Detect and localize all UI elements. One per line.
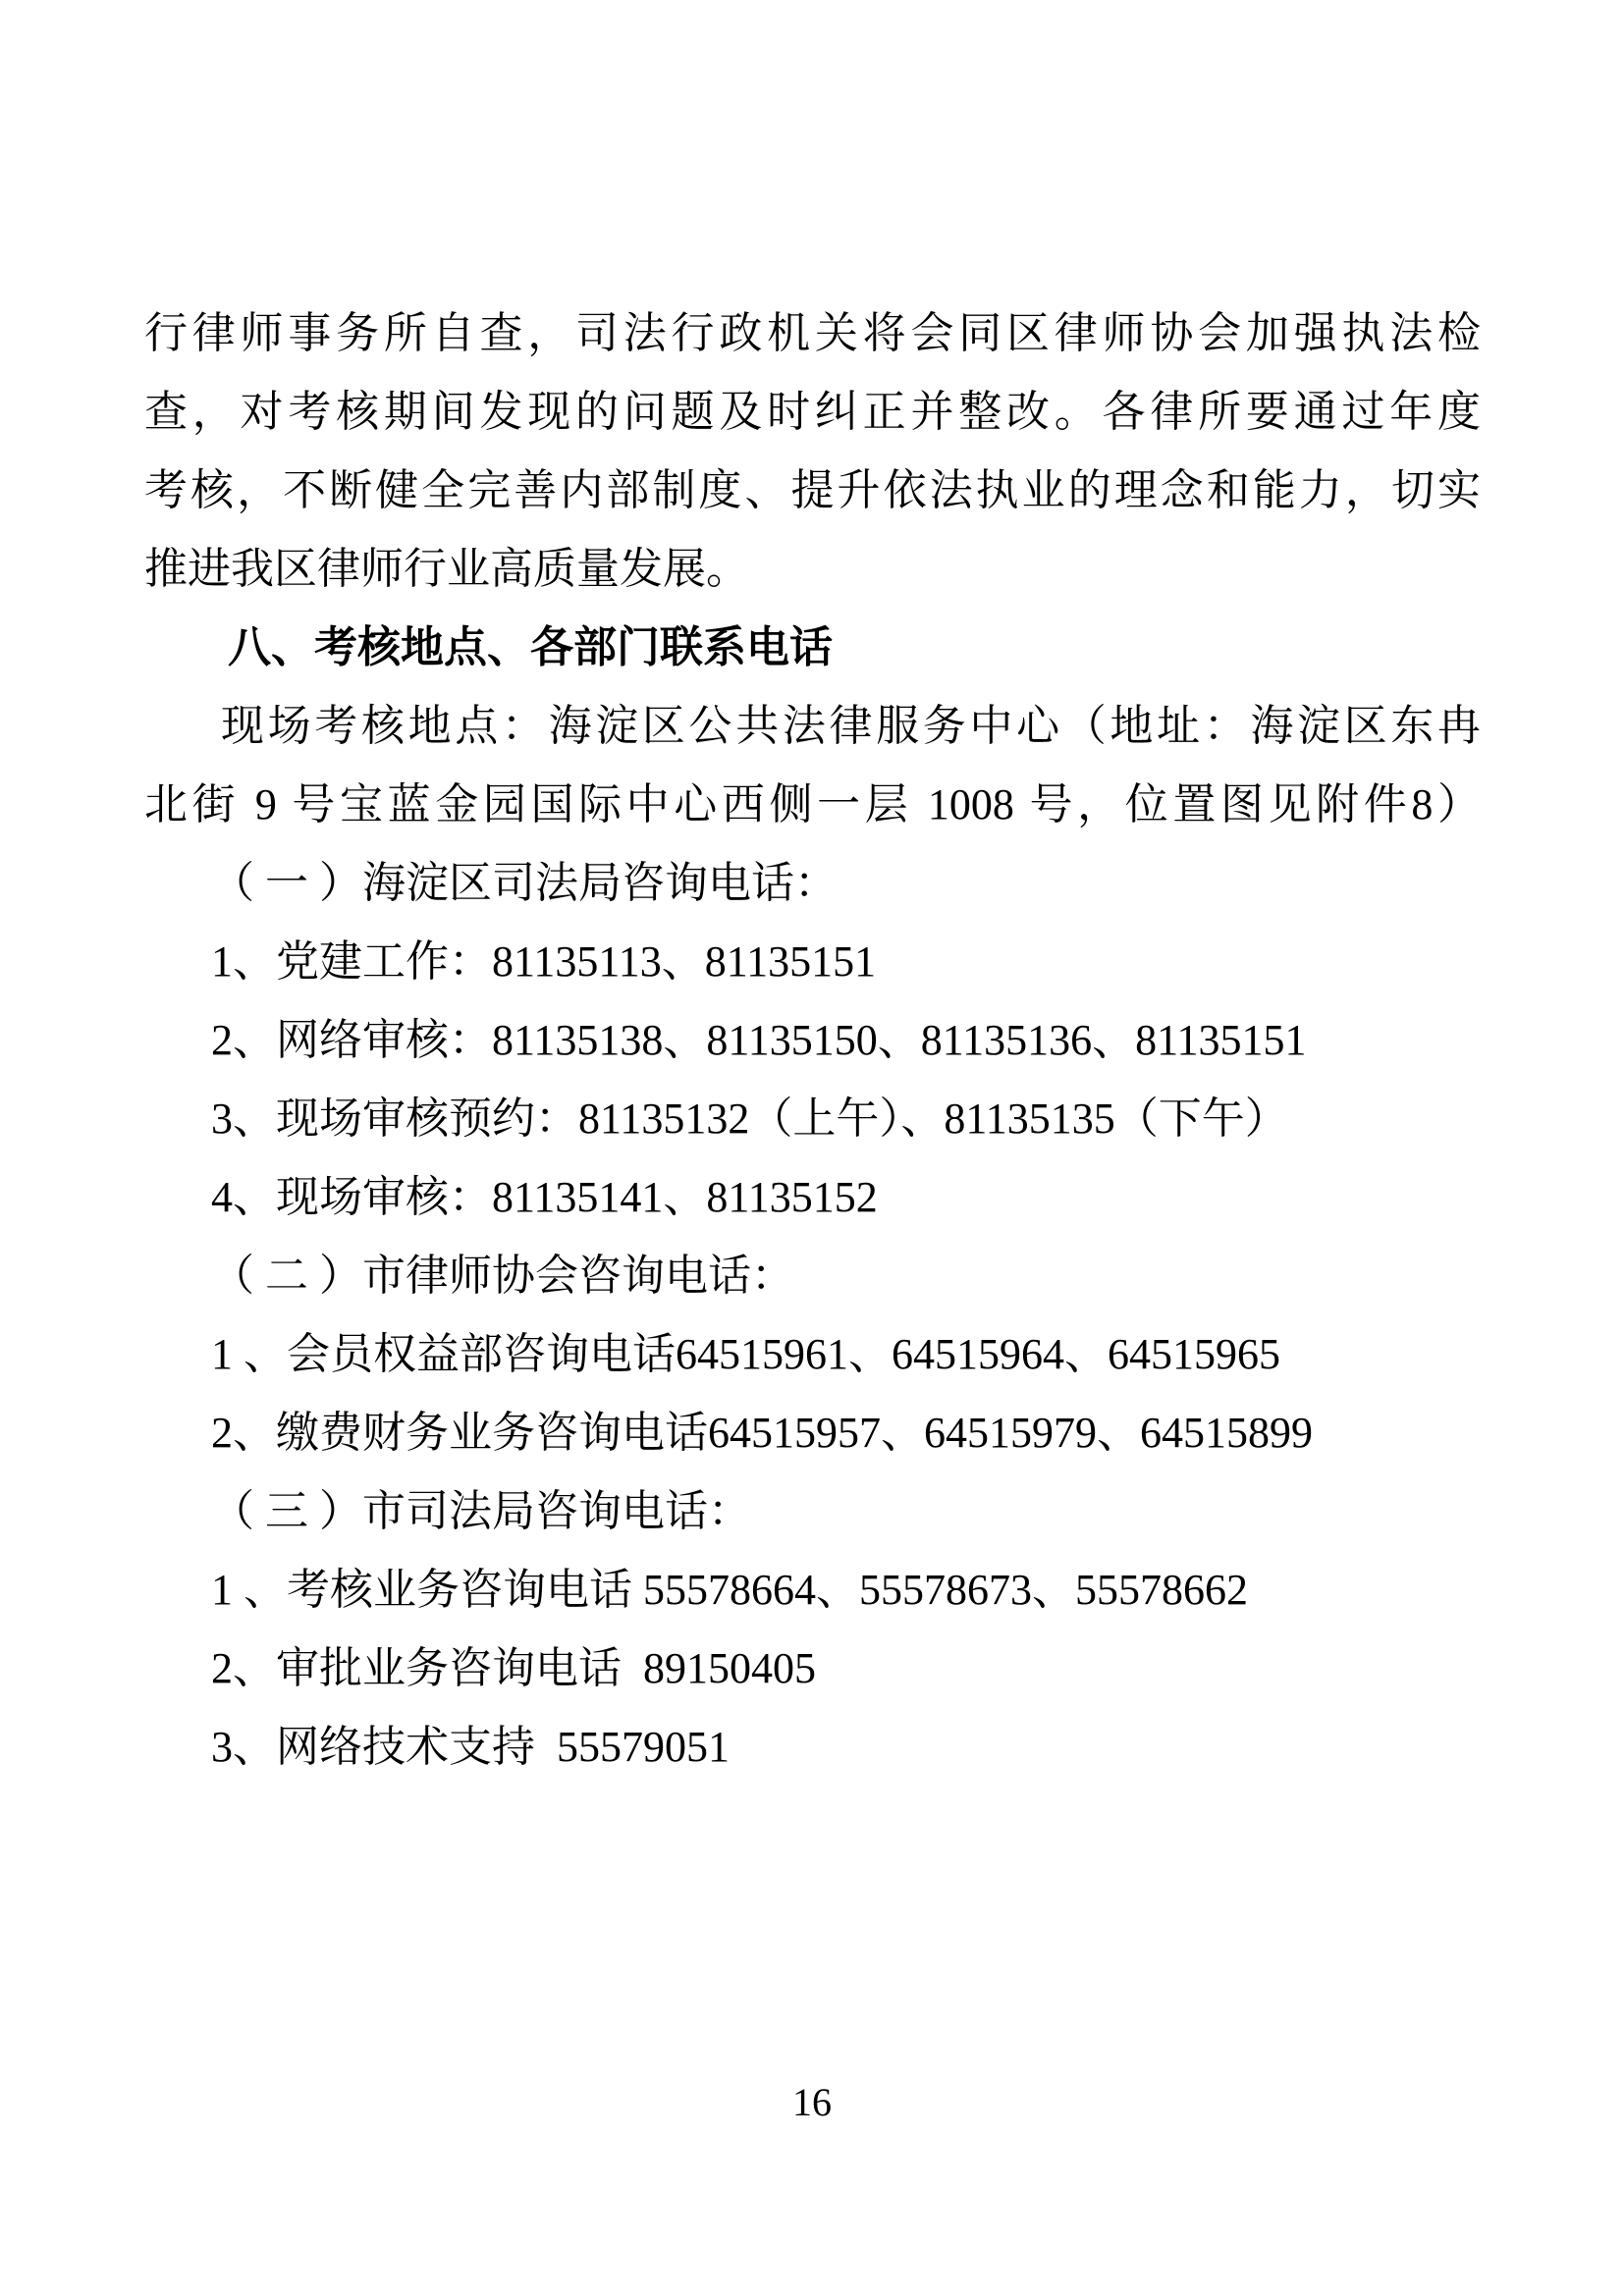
subsection-title: （ 一 ）海淀区司法局咨询电话： [144,844,1481,923]
list-item: 1 、考核业务咨询电话 55578664、55578673、55578662 [144,1551,1481,1629]
paragraph-line: 现场考核地点：海淀区公共法律服务中心（地址：海淀区东冉 [144,687,1481,766]
list-item: 2、缴费财务业务咨询电话64515957、64515979、64515899 [144,1394,1481,1472]
paragraph-line: 行律师事务所自查，司法行政机关将会同区律师协会加强执法检 [144,294,1481,373]
list-item: 1、党建工作：81135113、81135151 [144,923,1481,1001]
document-page: 行律师事务所自查，司法行政机关将会同区律师协会加强执法检 查，对考核期间发现的问… [0,0,1624,2296]
paragraph-line: 考核，不断健全完善内部制度、提升依法执业的理念和能力，切实 [144,452,1481,530]
subsection-title: （ 三 ）市司法局咨询电话： [144,1472,1481,1551]
list-item: 4、现场审核：81135141、81135152 [144,1158,1481,1237]
list-item: 2、审批业务咨询电话 89150405 [144,1629,1481,1708]
list-item: 3、网络技术支持 55579051 [144,1708,1481,1787]
section-heading: 八、考核地点、各部门联系电话 [144,609,1481,687]
paragraph-line: 北街 9 号宝蓝金园国际中心西侧一层 1008 号，位置图见附件8） [144,766,1481,844]
list-item: 1 、会员权益部咨询电话64515961、64515964、64515965 [144,1315,1481,1394]
list-item: 3、现场审核预约：81135132（上午）、81135135（下午） [144,1080,1481,1158]
page-number: 16 [0,2079,1624,2126]
paragraph-line: 查，对考核期间发现的问题及时纠正并整改。各律所要通过年度 [144,373,1481,452]
paragraph-line: 推进我区律师行业高质量发展。 [144,530,1481,609]
subsection-title: （ 二 ）市律师协会咨询电话： [144,1237,1481,1315]
list-item: 2、网络审核：81135138、81135150、81135136、811351… [144,1001,1481,1080]
document-body: 行律师事务所自查，司法行政机关将会同区律师协会加强执法检 查，对考核期间发现的问… [144,294,1481,1787]
